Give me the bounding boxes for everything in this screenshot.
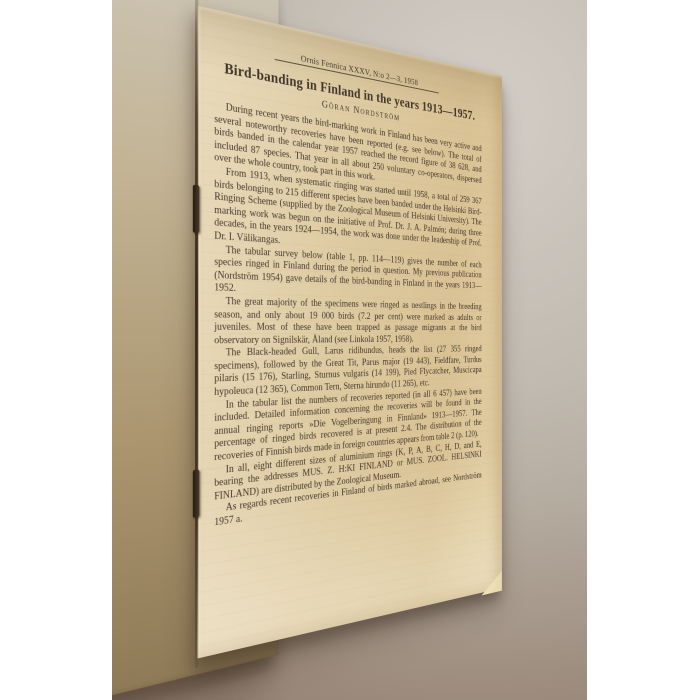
article: Ornis Fennica XXXV, N:o 2—3, 1958 Bird-b…: [197, 5, 502, 658]
paragraph-4: The great majority of the specimens were…: [214, 296, 481, 348]
photo-backdrop: Ornis Fennica XXXV, N:o 2—3, 1958 Bird-b…: [112, 0, 587, 700]
article-body: During recent years the bird-marking wor…: [214, 100, 481, 530]
front-page: Ornis Fennica XXXV, N:o 2—3, 1958 Bird-b…: [197, 5, 502, 658]
booklet: Ornis Fennica XXXV, N:o 2—3, 1958 Bird-b…: [197, 5, 502, 658]
